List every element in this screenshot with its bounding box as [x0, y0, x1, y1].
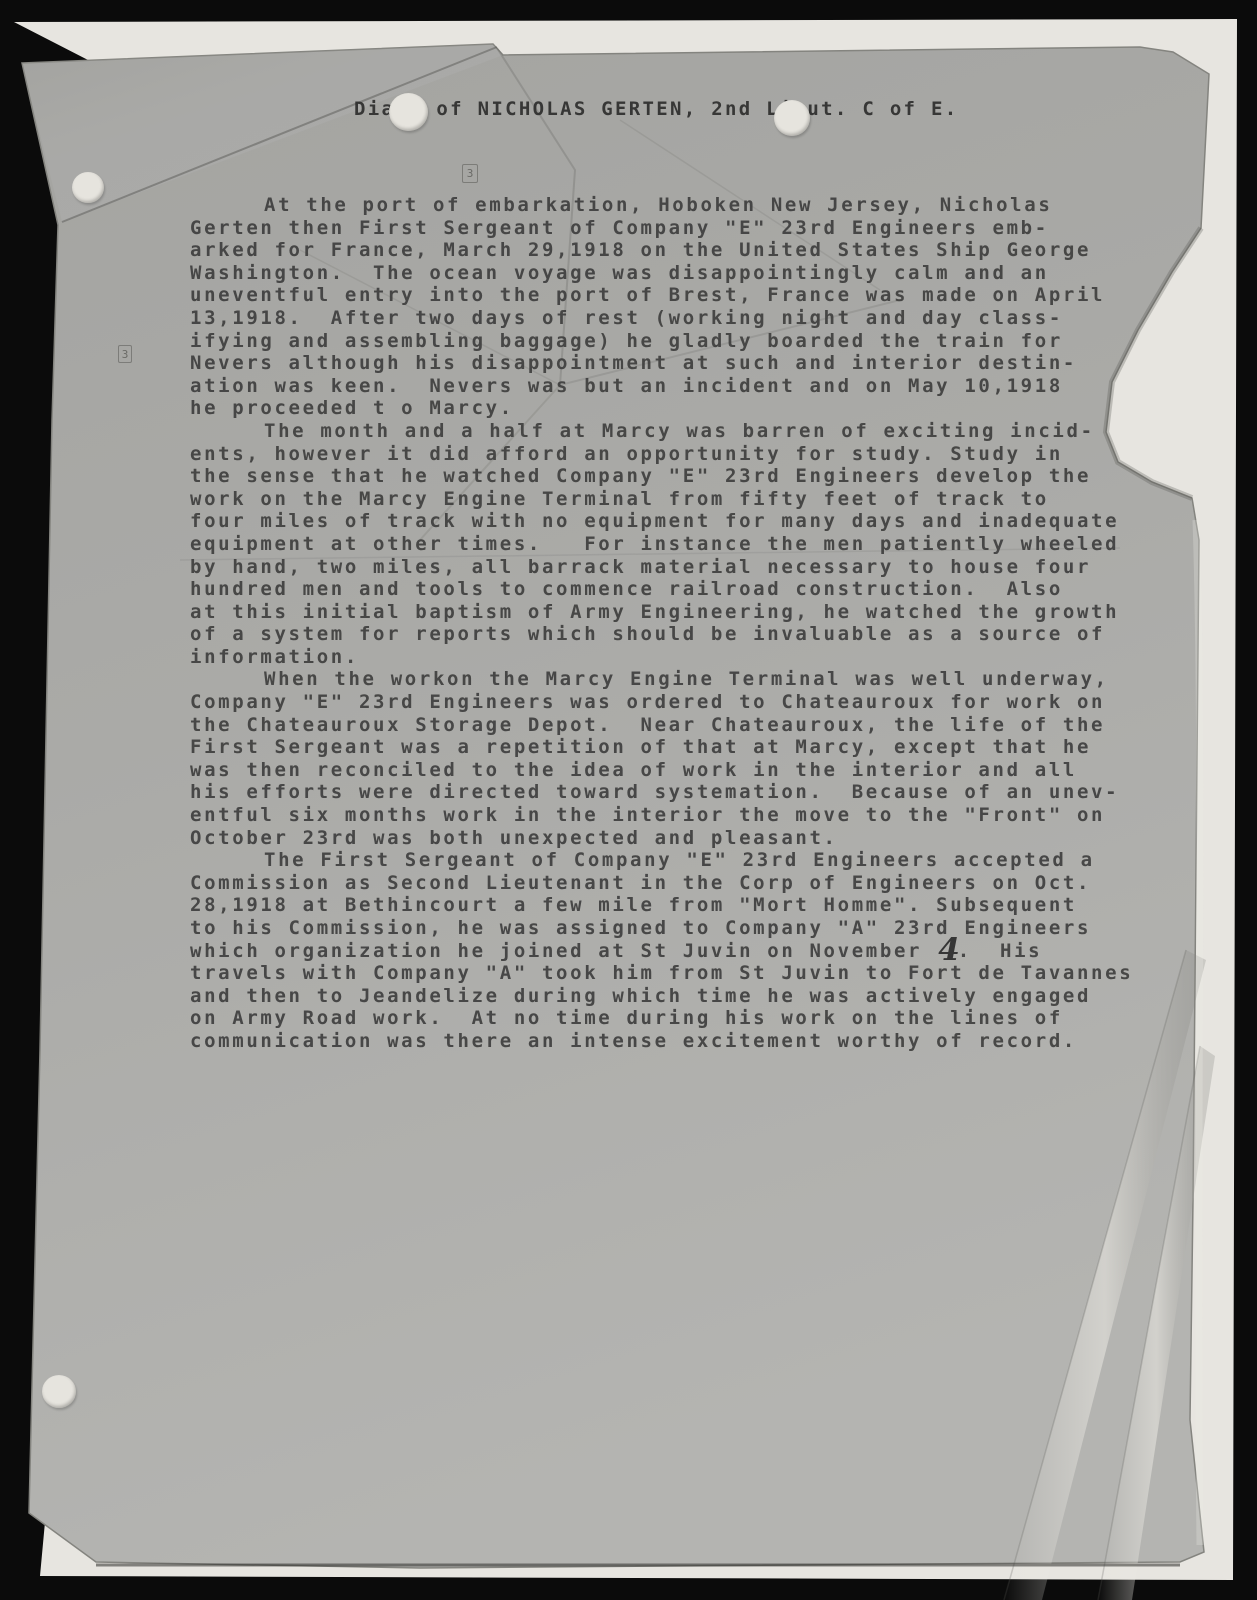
text-line: Company "E" 23rd Engineers was ordered t… — [190, 691, 1133, 714]
text-line: was then reconciled to the idea of work … — [190, 759, 1133, 782]
text-line: the sense that he watched Company "E" 23… — [190, 465, 1133, 488]
text-line: at this initial baptism of Army Engineer… — [190, 601, 1133, 624]
text-line: ation was keen. Nevers was but an incide… — [190, 375, 1133, 398]
text-line: work on the Marcy Engine Terminal from f… — [190, 488, 1133, 511]
text-line: 28,1918 at Bethincourt a few mile from "… — [190, 894, 1133, 917]
text-line: on Army Road work. At no time during his… — [190, 1007, 1133, 1030]
punch-hole — [42, 1375, 76, 1408]
document-title: Diary of NICHOLAS GERTEN, 2nd Lieut. C o… — [354, 98, 959, 120]
text-line: of a system for reports which should be … — [190, 623, 1133, 646]
text-line: hundred men and tools to commence railro… — [190, 578, 1133, 601]
text-line: he proceeded t o Marcy. — [190, 397, 1133, 420]
text-line: equipment at other times. For instance t… — [190, 533, 1133, 556]
text-line: arked for France, March 29,1918 on the U… — [190, 239, 1133, 262]
text-line: Gerten then First Sergeant of Company "E… — [190, 217, 1133, 240]
stamp-mark: 3 — [118, 345, 132, 363]
punch-hole — [389, 93, 428, 131]
text-line: by hand, two miles, all barrack material… — [190, 556, 1133, 579]
text-line: At the port of embarkation, Hoboken New … — [190, 194, 1133, 217]
paragraph-3: When the workon the Marcy Engine Termina… — [190, 668, 1133, 849]
typewritten-text-layer: Diary of NICHOLAS GERTEN, 2nd Lieut. C o… — [0, 0, 1257, 1600]
text-line: the Chateauroux Storage Depot. Near Chat… — [190, 714, 1133, 737]
handwritten-numeral: 4 — [938, 932, 960, 968]
text-line: The month and a half at Marcy was barren… — [190, 420, 1133, 443]
text-line: 13,1918. After two days of rest (working… — [190, 307, 1133, 330]
text-line: communication was there an intense excit… — [190, 1030, 1133, 1053]
text-line: First Sergeant was a repetition of that … — [190, 736, 1133, 759]
text-line: his efforts were directed toward systema… — [190, 781, 1133, 804]
paragraph-2: The month and a half at Marcy was barren… — [190, 420, 1133, 669]
text-line: which organization he joined at St Juvin… — [190, 940, 1133, 963]
text-line: to his Commission, he was assigned to Co… — [190, 917, 1133, 940]
text-segment: which organization he joined at St Juvin… — [190, 940, 936, 962]
scanned-document-page: Diary of NICHOLAS GERTEN, 2nd Lieut. C o… — [0, 0, 1257, 1600]
text-line: four miles of track with no equipment fo… — [190, 510, 1133, 533]
text-segment: . His — [958, 940, 1042, 962]
punch-hole — [72, 172, 104, 203]
text-line: ifying and assembling baggage) he gladly… — [190, 330, 1133, 353]
text-line: Nevers although his disappointment at su… — [190, 352, 1133, 375]
text-line: Washington. The ocean voyage was disappo… — [190, 262, 1133, 285]
text-line: ents, however it did afford an opportuni… — [190, 443, 1133, 466]
paragraph-4: The First Sergeant of Company "E" 23rd E… — [190, 849, 1133, 1052]
text-line: October 23rd was both unexpected and ple… — [190, 827, 1133, 850]
text-line: information. — [190, 646, 1133, 669]
stamp-mark: 3 — [462, 164, 478, 183]
text-line: and then to Jeandelize during which time… — [190, 985, 1133, 1008]
text-line: entful six months work in the interior t… — [190, 804, 1133, 827]
text-line: uneventful entry into the port of Brest,… — [190, 284, 1133, 307]
text-line: When the workon the Marcy Engine Termina… — [190, 668, 1133, 691]
punch-hole — [774, 100, 810, 136]
text-line: Commission as Second Lieutenant in the C… — [190, 872, 1133, 895]
document-body: At the port of embarkation, Hoboken New … — [190, 194, 1133, 1053]
text-line: travels with Company "A" took him from S… — [190, 962, 1133, 985]
paragraph-1: At the port of embarkation, Hoboken New … — [190, 194, 1133, 420]
text-line: The First Sergeant of Company "E" 23rd E… — [190, 849, 1133, 872]
